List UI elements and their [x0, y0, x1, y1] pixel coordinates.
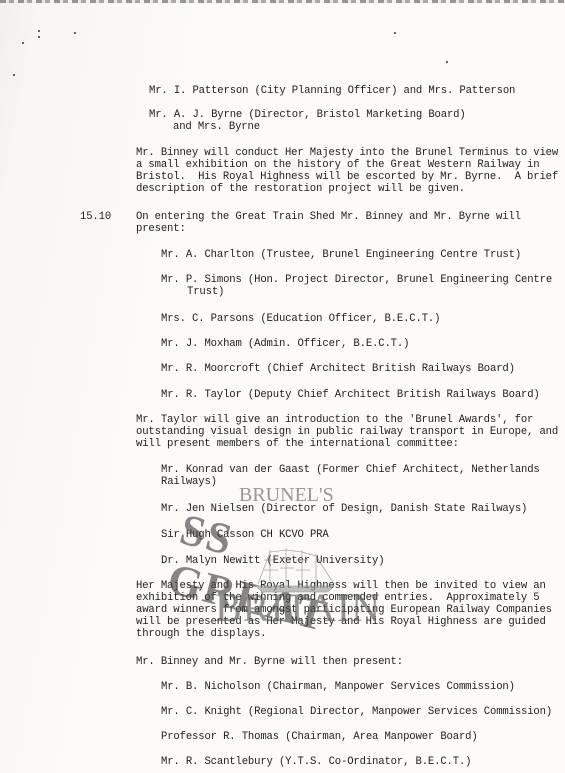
presentee-line: Mrs. C. Parsons (Education Officer, B.E.… [161, 313, 440, 325]
paragraph-line: Bristol. His Royal Highness will be esco… [136, 171, 558, 183]
paragraph-line: Mr. Taylor will give an introduction to … [136, 414, 533, 426]
paragraph-line: Mr. Binney and Mr. Byrne will then prese… [136, 656, 403, 668]
paragraph-line: a small exhibition on the history of the… [136, 159, 539, 171]
guest-line: Mr. R. Scantlebury (Y.T.S. Co-Ordinator,… [161, 756, 471, 768]
committee-line: Mr. Konrad van der Gaast (Former Chief A… [161, 464, 540, 476]
guest-line: and Mrs. Byrne [173, 121, 260, 133]
paragraph-line: On entering the Great Train Shed Mr. Bin… [136, 211, 521, 223]
presentee-line: Trust) [187, 286, 224, 298]
time-marker: 15.10 [80, 211, 111, 223]
committee-line: Dr. Malyn Newitt (Exeter University) [161, 555, 384, 567]
presentee-line: Mr. R. Taylor (Deputy Chief Architect Br… [161, 389, 540, 401]
guest-line: Mr. A. J. Byrne (Director, Bristol Marke… [149, 109, 466, 121]
guest-line: Mr. B. Nicholson (Chairman, Manpower Ser… [161, 681, 515, 693]
committee-line: Mr. Jen Nielsen (Director of Design, Dan… [161, 503, 527, 515]
paragraph-line: description of the restoration project w… [136, 183, 465, 195]
paragraph-line: will present members of the internationa… [136, 438, 459, 450]
scan-speck [394, 32, 396, 34]
scan-speck [38, 36, 40, 38]
paragraph-line: present: [136, 223, 186, 235]
scan-speck [22, 42, 24, 44]
scan-speck [446, 61, 448, 63]
paragraph-line: exhibition of the winning and commended … [136, 592, 539, 604]
paragraph-line: outstanding visual design in public rail… [136, 426, 558, 438]
paragraph-line: Her Majesty and His Royal Highness will … [136, 580, 546, 592]
presentee-line: Mr. J. Moxham (Admin. Officer, B.E.C.T.) [161, 338, 409, 350]
document-page: Mr. I. Patterson (City Planning Officer)… [0, 0, 565, 773]
paragraph-line: Mr. Binney will conduct Her Majesty into… [136, 147, 558, 159]
presentee-line: Mr. R. Moorcroft (Chief Architect Britis… [161, 363, 515, 375]
scan-speck [38, 30, 40, 32]
scan-top-edge [0, 0, 565, 3]
committee-line: Sir Hugh Casson CH KCVO PRA [161, 529, 329, 541]
guest-line: Mr. I. Patterson (City Planning Officer)… [149, 85, 515, 97]
scan-speck [74, 32, 76, 34]
guest-line: Professor R. Thomas (Chairman, Area Manp… [161, 731, 478, 743]
presentee-line: Mr. A. Charlton (Trustee, Brunel Enginee… [161, 249, 521, 261]
presentee-line: Mr. P. Simons (Hon. Project Director, Br… [161, 274, 552, 286]
paragraph-line: will be presented as Her Majesty and His… [136, 616, 546, 628]
committee-line: Railways) [161, 476, 217, 488]
paragraph-line: through the displays. [136, 628, 266, 640]
guest-line: Mr. C. Knight (Regional Director, Manpow… [161, 706, 552, 718]
paragraph-line: award winners from amongst participating… [136, 604, 552, 616]
scan-speck [13, 74, 15, 76]
